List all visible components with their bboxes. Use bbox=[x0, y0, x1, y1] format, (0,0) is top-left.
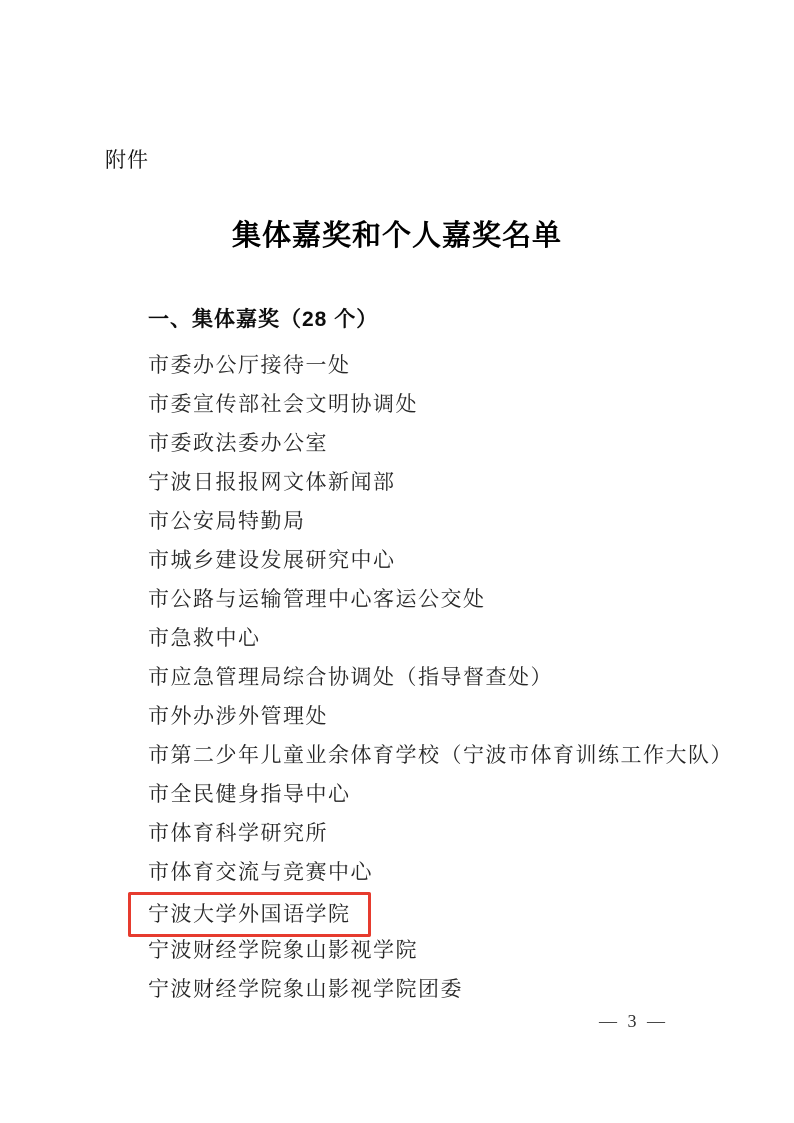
award-list-item: 市急救中心 bbox=[148, 619, 733, 658]
award-item-text: 市急救中心 bbox=[148, 619, 261, 658]
highlighted-award-list-item: 宁波大学外国语学院 bbox=[148, 892, 733, 931]
page-number: — 3 — bbox=[0, 1010, 668, 1032]
award-item-text: 市公路与运输管理中心客运公交处 bbox=[148, 580, 486, 619]
award-list-item: 宁波财经学院象山影视学院团委 bbox=[148, 970, 733, 1009]
award-list-item: 市外办涉外管理处 bbox=[148, 697, 733, 736]
award-list-item: 市第二少年儿童业余体育学校（宁波市体育训练工作大队） bbox=[148, 736, 733, 775]
award-list-item: 市委宣传部社会文明协调处 bbox=[148, 385, 733, 424]
award-list-item: 市委政法委办公室 bbox=[148, 424, 733, 463]
award-item-text: 市应急管理局综合协调处（指导督查处） bbox=[148, 658, 553, 697]
award-list-item: 市全民健身指导中心 bbox=[148, 775, 733, 814]
award-list-item: 市应急管理局综合协调处（指导督查处） bbox=[148, 658, 733, 697]
award-list-item: 市委办公厅接待一处 bbox=[148, 346, 733, 385]
award-item-text: 宁波日报报网文体新闻部 bbox=[148, 463, 396, 502]
section-heading: 一、集体嘉奖（28 个） bbox=[148, 304, 378, 335]
award-list-item: 市公安局特勤局 bbox=[148, 502, 733, 541]
award-item-text: 市委政法委办公室 bbox=[148, 424, 328, 463]
award-item-text: 市全民健身指导中心 bbox=[148, 775, 351, 814]
award-item-text: 宁波财经学院象山影视学院 bbox=[148, 931, 418, 970]
award-item-text: 市委宣传部社会文明协调处 bbox=[148, 385, 418, 424]
award-item-text: 市城乡建设发展研究中心 bbox=[148, 541, 396, 580]
award-item-text: 宁波财经学院象山影视学院团委 bbox=[148, 970, 463, 1009]
award-item-text: 市体育交流与竞赛中心 bbox=[148, 853, 373, 892]
award-item-text: 市体育科学研究所 bbox=[148, 814, 328, 853]
award-item-text: 市公安局特勤局 bbox=[148, 502, 306, 541]
award-list-item: 市体育交流与竞赛中心 bbox=[148, 853, 733, 892]
award-list-item: 市体育科学研究所 bbox=[148, 814, 733, 853]
award-item-text: 市外办涉外管理处 bbox=[148, 697, 328, 736]
document-title: 集体嘉奖和个人嘉奖名单 bbox=[0, 217, 794, 255]
award-item-text: 市委办公厅接待一处 bbox=[148, 346, 351, 385]
document-page: 附件 集体嘉奖和个人嘉奖名单 一、集体嘉奖（28 个） 市委办公厅接待一处市委宣… bbox=[0, 0, 794, 1123]
award-list-item: 市城乡建设发展研究中心 bbox=[148, 541, 733, 580]
award-list-item: 宁波日报报网文体新闻部 bbox=[148, 463, 733, 502]
attachment-label: 附件 bbox=[105, 148, 149, 174]
award-list-item: 市公路与运输管理中心客运公交处 bbox=[148, 580, 733, 619]
award-item-text: 市第二少年儿童业余体育学校（宁波市体育训练工作大队） bbox=[148, 736, 733, 775]
award-list: 市委办公厅接待一处市委宣传部社会文明协调处市委政法委办公室宁波日报报网文体新闻部… bbox=[148, 346, 733, 1009]
award-list-item: 宁波财经学院象山影视学院 bbox=[148, 931, 733, 970]
